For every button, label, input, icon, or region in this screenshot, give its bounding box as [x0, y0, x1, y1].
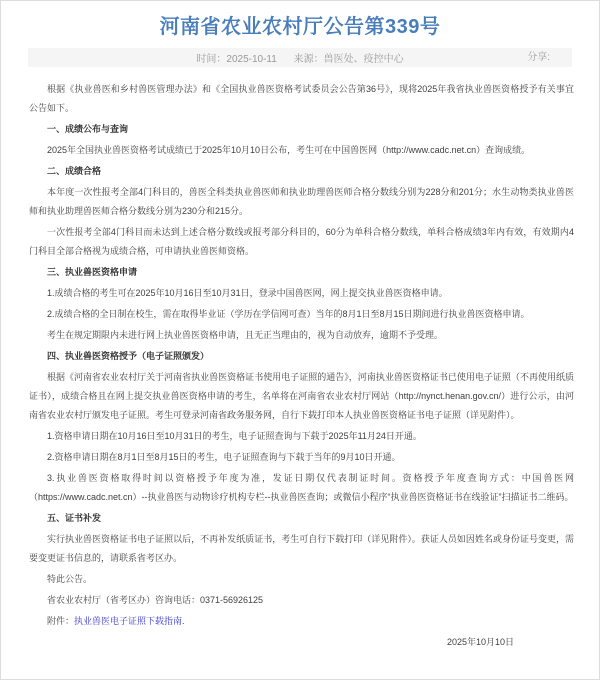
- announcement-footer: 附件：执业兽医电子证照下载指南. 2025年10月10日: [1, 612, 599, 652]
- attachment-label: 附件：: [47, 616, 74, 626]
- body-paragraph: 2025年全国执业兽医资格考试成绩已于2025年10月10日公布，考生可在中国兽…: [29, 141, 574, 160]
- section-heading: 三、执业兽医资格申请: [29, 263, 574, 282]
- meta-time-value: 2025-10-11: [226, 54, 276, 65]
- share-button[interactable]: 分享:: [527, 48, 550, 67]
- announcement-body: 根据《执业兽医和乡村兽医管理办法》和《全国执业兽医资格考试委员会公告第36号》，…: [1, 67, 599, 610]
- meta-source-value: 兽医处、疫控中心: [324, 54, 404, 65]
- announcement-page: 河南省农业农村厅公告第339号 时间：2025-10-11 来源：兽医处、疫控中…: [0, 0, 600, 680]
- section-heading: 一、成绩公布与查询: [29, 120, 574, 139]
- body-paragraph: 考生在规定期限内未进行网上执业兽医资格申请，且无正当理由的，视为自动放弃，逾期不…: [29, 326, 574, 345]
- section-heading: 二、成绩合格: [29, 162, 574, 181]
- attachment-download-link[interactable]: 执业兽医电子证照下载指南.: [74, 616, 185, 626]
- body-paragraph: 一次性报考全部4门科目而未达到上述合格分数线或报考部分科目的，60分为单科合格分…: [29, 223, 574, 261]
- meta-time: 时间：2025-10-11: [196, 54, 276, 65]
- meta-source-label: 来源：: [294, 54, 324, 65]
- meta-info: 时间：2025-10-11 来源：兽医处、疫控中心: [28, 50, 572, 65]
- issue-date: 2025年10月10日: [29, 633, 574, 652]
- body-paragraph: 特此公告。: [29, 570, 574, 589]
- meta-bar: 时间：2025-10-11 来源：兽医处、疫控中心 分享:: [28, 48, 572, 67]
- body-paragraph: 3.执业兽医资格取得时间以资格授予年度为准，发证日期仅代表制证时间。资格授予年度…: [29, 469, 574, 507]
- body-paragraph: 本年度一次性报考全部4门科目的，兽医全科类执业兽医师和执业助理兽医师合格分数线分…: [29, 183, 574, 221]
- body-paragraph: 根据《执业兽医和乡村兽医管理办法》和《全国执业兽医资格考试委员会公告第36号》，…: [29, 80, 574, 118]
- attachment-line: 附件：执业兽医电子证照下载指南.: [29, 612, 574, 631]
- body-paragraph: 实行执业兽医资格证书电子证照以后，不再补发纸质证书，考生可自行下载打印（详见附件…: [29, 530, 574, 568]
- section-heading: 四、执业兽医资格授予（电子证照颁发）: [29, 347, 574, 366]
- body-paragraph: 2.资格申请日期在8月1日至8月15日的考生，电子证照查询与下载于当年的9月10…: [29, 448, 574, 467]
- body-paragraph: 2.成绩合格的全日制在校生，需在取得毕业证（学历在学信网可查）当年的8月1日至8…: [29, 305, 574, 324]
- meta-time-label: 时间：: [196, 54, 226, 65]
- body-paragraph: 1.成绩合格的考生可在2025年10月16日至10月31日，登录中国兽医网，网上…: [29, 284, 574, 303]
- body-paragraph: 根据《河南省农业农村厅关于河南省执业兽医资格证书使用电子证照的通告》，河南执业兽…: [29, 368, 574, 425]
- page-title: 河南省农业农村厅公告第339号: [21, 10, 579, 39]
- meta-source: 来源：兽医处、疫控中心: [294, 54, 404, 65]
- section-heading: 五、证书补发: [29, 509, 574, 528]
- body-paragraph: 1.资格申请日期在10月16日至10月31日的考生，电子证照查询与下载于2025…: [29, 427, 574, 446]
- body-paragraph: 省农业农村厅（省考区办）咨询电话：0371-56926125: [29, 591, 574, 610]
